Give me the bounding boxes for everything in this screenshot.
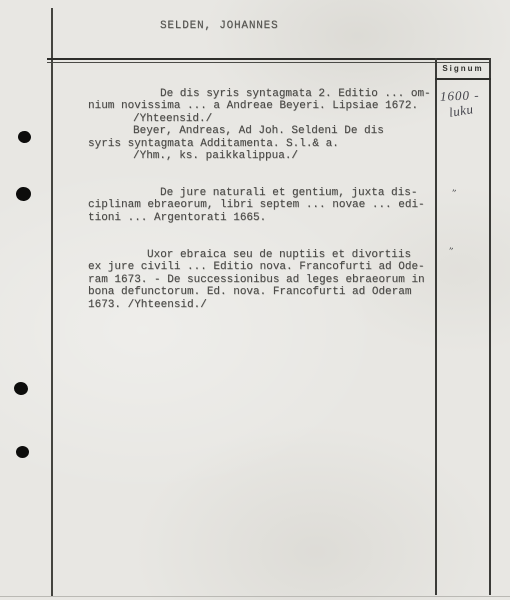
card-heading-author: SELDEN, JOHANNES: [160, 20, 278, 32]
catalog-card: SELDEN, JOHANNES Signum 1600 - luku ″ ″ …: [0, 0, 510, 600]
signum-column-divider: [435, 58, 437, 595]
entry-line: ex jure civili ... Editio nova. Francofu…: [0, 261, 435, 273]
entry-line: Beyer, Andreas, Ad Joh. Seldeni De dis: [0, 125, 435, 137]
bibliographic-entry: De dis syris syntagmata 2. Editio ... om…: [0, 88, 435, 162]
card-bottom-edge: [0, 596, 510, 597]
entry-line: /Yhm., ks. paikkalippua./: [0, 150, 435, 162]
entry-line: ram 1673. - De successionibus ad leges e…: [0, 274, 435, 286]
card-right-edge-rule: [489, 58, 491, 595]
punch-hole: [13, 381, 29, 396]
entry-line: tioni ... Argentorati 1665.: [0, 212, 435, 224]
entry-line: De jure naturali et gentium, juxta dis-: [0, 187, 435, 199]
signum-ditto-mark: ″: [447, 246, 453, 258]
entry-line: nium novissima ... a Andreae Beyeri. Lip…: [0, 100, 435, 112]
signum-column-header: Signum: [437, 64, 489, 73]
bibliographic-entry: Uxor ebraica seu de nuptiis et divortiis…: [0, 249, 435, 311]
bibliographic-entry: De jure naturali et gentium, juxta dis- …: [0, 187, 435, 224]
entry-line: bona defunctorum. Ed. nova. Francofurti …: [0, 286, 435, 298]
entry-line: syris syntagmata Additamenta. S.l.& a.: [0, 138, 435, 150]
signum-handwritten-value-line2: luku: [448, 101, 475, 121]
entry-line: ciplinam ebraeorum, libri septem ... nov…: [0, 199, 435, 211]
header-divider-rule-thin: [47, 62, 490, 63]
punch-hole: [16, 446, 29, 458]
entry-line: Uxor ebraica seu de nuptiis et divortiis: [0, 249, 435, 261]
signum-ditto-mark: ″: [450, 188, 456, 200]
header-divider-rule: [47, 58, 490, 60]
signum-header-underline: [435, 78, 491, 80]
entry-line: /Yhteensid./: [0, 113, 435, 125]
entry-line: De dis syris syntagmata 2. Editio ... om…: [0, 88, 435, 100]
entry-line: 1673. /Yhteensid./: [0, 299, 435, 311]
